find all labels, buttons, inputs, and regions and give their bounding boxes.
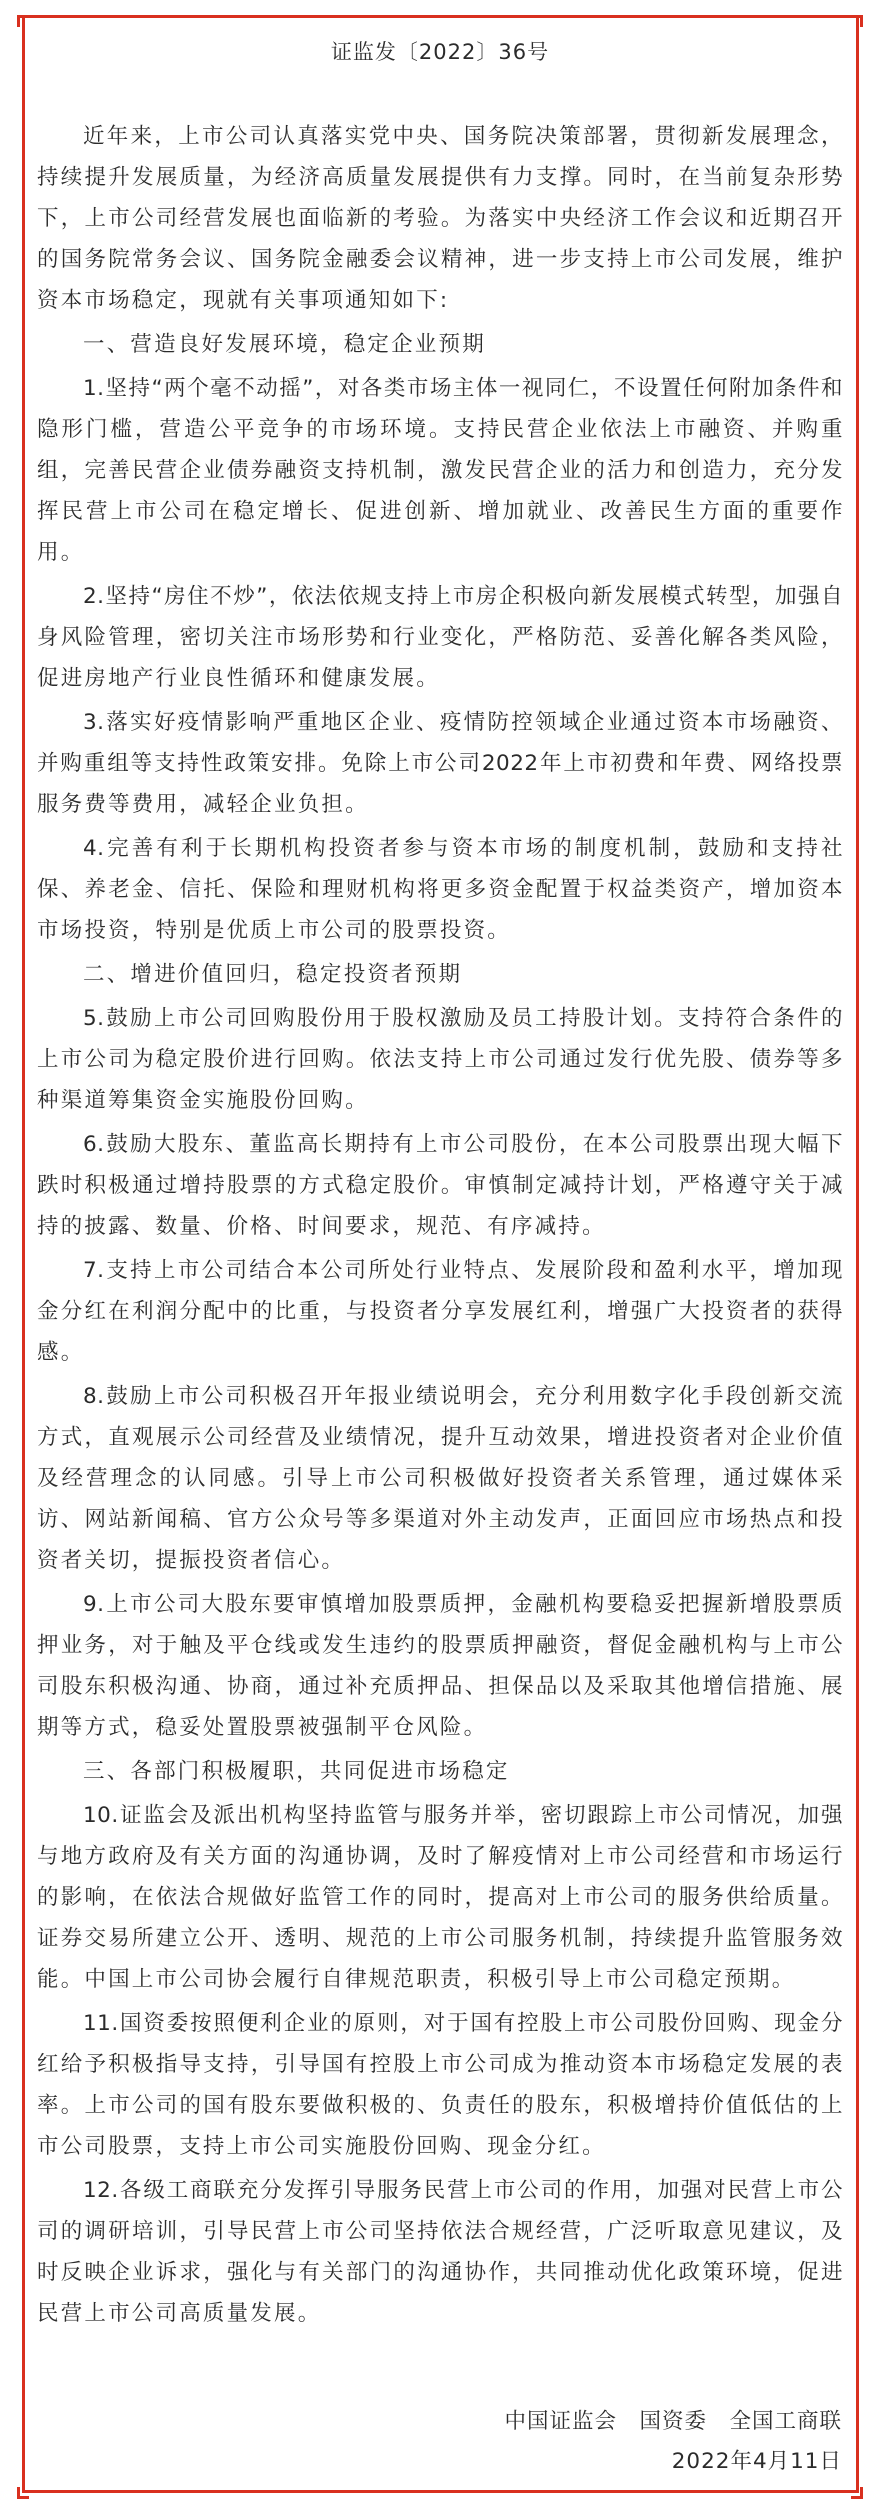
text-line: 跌时积极通过增持股票的方式稳定股价。审慎制定减持计划，严格遵守关于减 bbox=[37, 1165, 843, 1206]
paragraph: 8.鼓励上市公司积极召开年报业绩说明会，充分利用数字化手段创新交流方式，直观展示… bbox=[37, 1376, 843, 1581]
paragraph: 2.坚持“房住不炒”，依法依规支持上市房企积极向新发展模式转型，加强自身风险管理… bbox=[37, 576, 843, 699]
document-number: 证监发〔2022〕36号 bbox=[37, 38, 843, 66]
text-line: 挥民营上市公司在稳定增长、促进创新、增加就业、改善民生方面的重要作 bbox=[37, 491, 843, 532]
text-line: 4.完善有利于长期机构投资者参与资本市场的制度机制，鼓励和支持社 bbox=[37, 828, 843, 869]
text-line: 11.国资委按照便利企业的原则，对于国有控股上市公司股份回购、现金分 bbox=[37, 2003, 843, 2044]
text-line: 及经营理念的认同感。引导上市公司积极做好投资者关系管理，通过媒体采 bbox=[37, 1458, 843, 1499]
text-line: 用。 bbox=[37, 532, 843, 573]
issuing-agencies: 中国证监会 国资委 全国工商联 bbox=[504, 2402, 842, 2442]
paragraph: 3.落实好疫情影响严重地区企业、疫情防控领域企业通过资本市场融资、并购重组等支持… bbox=[37, 702, 843, 825]
text-line: 率。上市公司的国有股东要做积极的、负责任的股东，积极增持价值低估的上 bbox=[37, 2085, 843, 2126]
text-line: 下，上市公司经营发展也面临新的考验。为落实中央经济工作会议和近期召开 bbox=[37, 198, 843, 239]
text-line: 资者关切，提振投资者信心。 bbox=[37, 1540, 843, 1581]
frame-bottom-line bbox=[22, 2490, 859, 2493]
text-line: 民营上市公司高质量发展。 bbox=[37, 2293, 843, 2334]
text-line: 能。中国上市公司协会履行自律规范职责，积极引导上市公司稳定预期。 bbox=[37, 1959, 843, 2000]
text-line: 证券交易所建立公开、透明、规范的上市公司服务机制，持续提升监管服务效 bbox=[37, 1918, 843, 1959]
text-line: 感。 bbox=[37, 1332, 843, 1373]
paragraph: 4.完善有利于长期机构投资者参与资本市场的制度机制，鼓励和支持社保、养老金、信托… bbox=[37, 828, 843, 951]
text-line: 持的披露、数量、价格、时间要求，规范、有序减持。 bbox=[37, 1206, 843, 1247]
frame-right-line bbox=[856, 15, 859, 2493]
text-line: 司股东积极沟通、协商，通过补充质押品、担保品以及采取其他增信措施、展 bbox=[37, 1666, 843, 1707]
text-line: 司的调研培训，引导民营上市公司坚持依法合规经营，广泛听取意见建议，及 bbox=[37, 2211, 843, 2252]
frame-top-left-stub bbox=[17, 15, 20, 27]
paragraph: 12.各级工商联充分发挥引导服务民营上市公司的作用，加强对民营上市公司的调研培训… bbox=[37, 2170, 843, 2334]
text-line: 三、各部门积极履职，共同促进市场稳定 bbox=[37, 1751, 843, 1792]
text-line: 2.坚持“房住不炒”，依法依规支持上市房企积极向新发展模式转型，加强自 bbox=[37, 576, 843, 617]
text-line: 种渠道筹集资金实施股份回购。 bbox=[37, 1080, 843, 1121]
text-line: 保、养老金、信托、保险和理财机构将更多资金配置于权益类资产，增加资本 bbox=[37, 869, 843, 910]
frame-top-line bbox=[17, 15, 863, 18]
text-line: 近年来，上市公司认真落实党中央、国务院决策部署，贯彻新发展理念， bbox=[37, 116, 843, 157]
text-line: 访、网站新闻稿、官方公众号等多渠道对外主动发声，正面回应市场热点和投 bbox=[37, 1499, 843, 1540]
text-line: 押业务，对于触及平仓线或发生违约的股票质押融资，督促金融机构与上市公 bbox=[37, 1625, 843, 1666]
text-line: 组，完善民营企业债券融资支持机制，激发民营企业的活力和创造力，充分发 bbox=[37, 450, 843, 491]
text-line: 8.鼓励上市公司积极召开年报业绩说明会，充分利用数字化手段创新交流 bbox=[37, 1376, 843, 1417]
text-line: 9.上市公司大股东要审慎增加股票质押，金融机构要稳妥把握新增股票质 bbox=[37, 1584, 843, 1625]
text-line: 7.支持上市公司结合本公司所处行业特点、发展阶段和盈利水平，增加现 bbox=[37, 1250, 843, 1291]
text-line: 3.落实好疫情影响严重地区企业、疫情防控领域企业通过资本市场融资、 bbox=[37, 702, 843, 743]
text-line: 二、增进价值回归，稳定投资者预期 bbox=[37, 954, 843, 995]
text-line: 服务费等费用，减轻企业负担。 bbox=[37, 784, 843, 825]
text-line: 时反映企业诉求，强化与有关部门的沟通协作，共同推动优化政策环境，促进 bbox=[37, 2252, 843, 2293]
text-line: 红给予积极指导支持，引导国有控股上市公司成为推动资本市场稳定发展的表 bbox=[37, 2044, 843, 2085]
section-heading: 二、增进价值回归，稳定投资者预期 bbox=[37, 954, 843, 995]
text-line: 市场投资，特别是优质上市公司的股票投资。 bbox=[37, 910, 843, 951]
signature-block: 中国证监会 国资委 全国工商联 2022年4月11日 bbox=[504, 2402, 842, 2482]
text-line: 隐形门槛，营造公平竞争的市场环境。支持民营企业依法上市融资、并购重 bbox=[37, 409, 843, 450]
text-line: 5.鼓励上市公司回购股份用于股权激励及员工持股计划。支持符合条件的 bbox=[37, 998, 843, 1039]
paragraph: 近年来，上市公司认真落实党中央、国务院决策部署，贯彻新发展理念，持续提升发展质量… bbox=[37, 116, 843, 321]
text-line: 并购重组等支持性政策安排。免除上市公司2022年上市初费和年费、网络投票 bbox=[37, 743, 843, 784]
paragraph: 6.鼓励大股东、董监高长期持有上市公司股份，在本公司股票出现大幅下跌时积极通过增… bbox=[37, 1124, 843, 1247]
text-line: 与地方政府及有关方面的沟通协调，及时了解疫情对上市公司经营和市场运行 bbox=[37, 1836, 843, 1877]
text-line: 10.证监会及派出机构坚持监管与服务并举，密切跟踪上市公司情况，加强 bbox=[37, 1795, 843, 1836]
text-line: 金分红在利润分配中的比重，与投资者分享发展红利，增强广大投资者的获得 bbox=[37, 1291, 843, 1332]
paragraph: 7.支持上市公司结合本公司所处行业特点、发展阶段和盈利水平，增加现金分红在利润分… bbox=[37, 1250, 843, 1373]
frame-top-right-stub bbox=[860, 15, 863, 27]
text-line: 促进房地产行业良性循环和健康发展。 bbox=[37, 658, 843, 699]
text-line: 1.坚持“两个毫不动摇”，对各类市场主体一视同仁，不设置任何附加条件和 bbox=[37, 368, 843, 409]
text-line: 6.鼓励大股东、董监高长期持有上市公司股份，在本公司股票出现大幅下 bbox=[37, 1124, 843, 1165]
issue-date: 2022年4月11日 bbox=[504, 2442, 842, 2482]
section-heading: 三、各部门积极履职，共同促进市场稳定 bbox=[37, 1751, 843, 1792]
text-line: 的国务院常务会议、国务院金融委会议精神，进一步支持上市公司发展，维护 bbox=[37, 239, 843, 280]
paragraph: 9.上市公司大股东要审慎增加股票质押，金融机构要稳妥把握新增股票质押业务，对于触… bbox=[37, 1584, 843, 1748]
section-heading: 一、营造良好发展环境，稳定企业预期 bbox=[37, 324, 843, 365]
text-line: 市公司股票，支持上市公司实施股份回购、现金分红。 bbox=[37, 2126, 843, 2167]
frame-bottom-left-stub bbox=[17, 2487, 20, 2499]
paragraph: 1.坚持“两个毫不动摇”，对各类市场主体一视同仁，不设置任何附加条件和隐形门槛，… bbox=[37, 368, 843, 573]
text-line: 上市公司为稳定股价进行回购。依法支持上市公司通过发行优先股、债券等多 bbox=[37, 1039, 843, 1080]
text-line: 期等方式，稳妥处置股票被强制平仓风险。 bbox=[37, 1707, 843, 1748]
paragraph: 5.鼓励上市公司回购股份用于股权激励及员工持股计划。支持符合条件的上市公司为稳定… bbox=[37, 998, 843, 1121]
frame-left-line bbox=[22, 15, 25, 2493]
frame-bottom-right-stub bbox=[860, 2487, 863, 2499]
text-line: 方式，直观展示公司经营及业绩情况，提升互动效果，增进投资者对企业价值 bbox=[37, 1417, 843, 1458]
paragraph: 10.证监会及派出机构坚持监管与服务并举，密切跟踪上市公司情况，加强与地方政府及… bbox=[37, 1795, 843, 2000]
text-line: 12.各级工商联充分发挥引导服务民营上市公司的作用，加强对民营上市公 bbox=[37, 2170, 843, 2211]
paragraph: 11.国资委按照便利企业的原则，对于国有控股上市公司股份回购、现金分红给予积极指… bbox=[37, 2003, 843, 2167]
text-line: 身风险管理，密切关注市场形势和行业变化，严格防范、妥善化解各类风险， bbox=[37, 617, 843, 658]
document-body: 近年来，上市公司认真落实党中央、国务院决策部署，贯彻新发展理念，持续提升发展质量… bbox=[37, 116, 843, 2337]
text-line: 资本市场稳定，现就有关事项通知如下: bbox=[37, 280, 843, 321]
text-line: 一、营造良好发展环境，稳定企业预期 bbox=[37, 324, 843, 365]
text-line: 的影响，在依法合规做好监管工作的同时，提高对上市公司的服务供给质量。 bbox=[37, 1877, 843, 1918]
text-line: 持续提升发展质量，为经济高质量发展提供有力支撑。同时，在当前复杂形势 bbox=[37, 157, 843, 198]
